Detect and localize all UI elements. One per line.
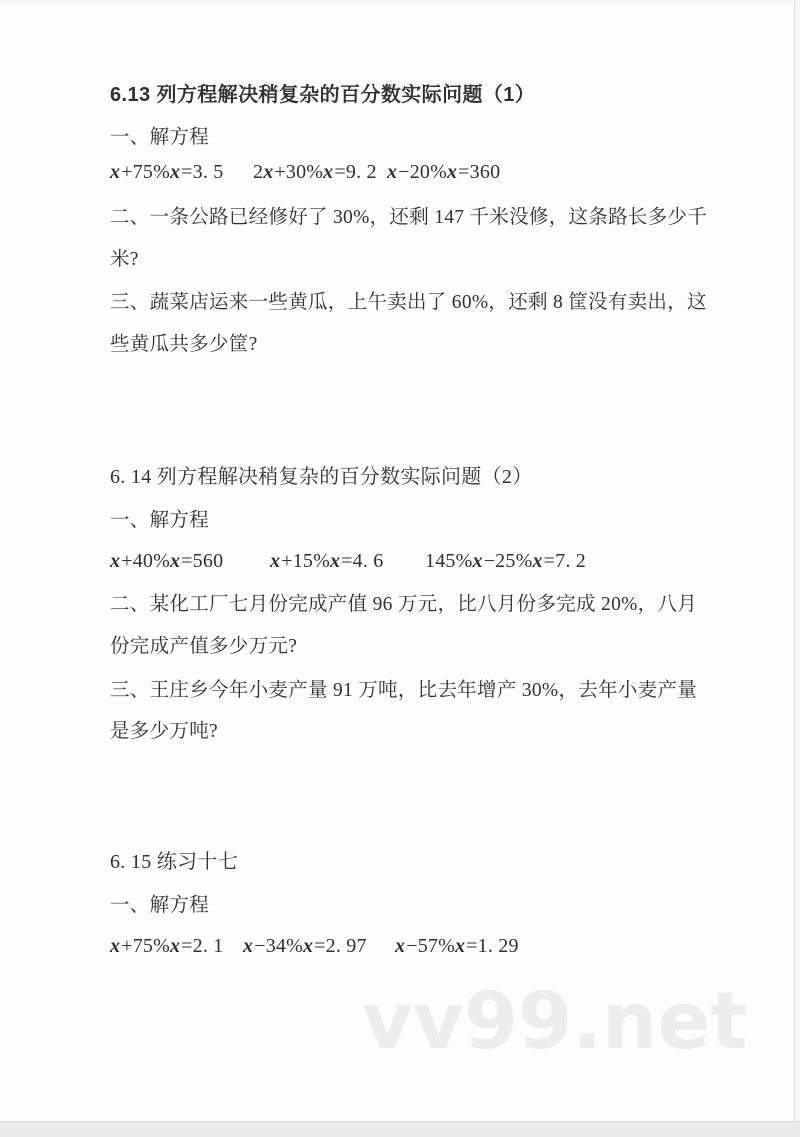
equation-row: x+75%x=3. 5 2x+30%x=9. 2 x−20%x=360 [0, 161, 800, 193]
equation: x+75%x=3. 5 [110, 161, 223, 184]
equation: x−34%x=2. 97 [243, 935, 367, 958]
equation-row: x+40%x=560 x+15%x=4. 6 145%x−25%x=7. 2 [0, 550, 800, 582]
subheading: 一、解方程 [110, 893, 209, 919]
subheading: 一、解方程 [110, 508, 209, 534]
problem-line: 是多少万吨? [110, 719, 218, 745]
section-title: 6. 15 练习十七 [110, 849, 238, 875]
problem-line: 三、王庄乡今年小麦产量 91 万吨，比去年增产 30%，去年小麦产量 [110, 678, 697, 704]
subheading: 一、解方程 [110, 125, 209, 151]
problem-line: 二、一条公路已经修好了 30%，还剩 147 千米没修，这条路长多少千 [110, 205, 707, 231]
equation: 2x+30%x=9. 2 [253, 161, 377, 184]
page-top-shadow [0, 0, 793, 10]
problem-line: 二、某化工厂七月份完成产值 96 万元，比八月份多完成 20%，八月 [110, 592, 697, 618]
document-page: 6.13 列方程解决稍复杂的百分数实际问题（1） 一、解方程 x+75%x=3.… [0, 0, 800, 1137]
equation: x−20%x=360 [387, 161, 500, 184]
bottom-bar [0, 1121, 800, 1137]
equation: x−57%x=1. 29 [395, 935, 519, 958]
problem-line: 些黄瓜共多少筐? [110, 332, 258, 358]
section-title: 6. 14 列方程解决稍复杂的百分数实际问题（2） [110, 464, 533, 490]
page-right-edge [794, 0, 800, 1121]
equation: x+75%x=2. 1 [110, 935, 223, 958]
problem-line: 份完成产值多少万元? [110, 634, 297, 660]
problem-line: 米? [110, 247, 139, 273]
watermark: vv99.net [362, 983, 748, 1061]
section-title: 6.13 列方程解决稍复杂的百分数实际问题（1） [110, 82, 535, 108]
problem-line: 三、蔬菜店运来一些黄瓜，上午卖出了 60%，还剩 8 筐没有卖出，这 [110, 290, 707, 316]
equation: x+15%x=4. 6 [270, 550, 383, 573]
equation: 145%x−25%x=7. 2 [425, 550, 586, 573]
equation-row: x+75%x=2. 1 x−34%x=2. 97 x−57%x=1. 29 [0, 935, 800, 967]
equation: x+40%x=560 [110, 550, 223, 573]
